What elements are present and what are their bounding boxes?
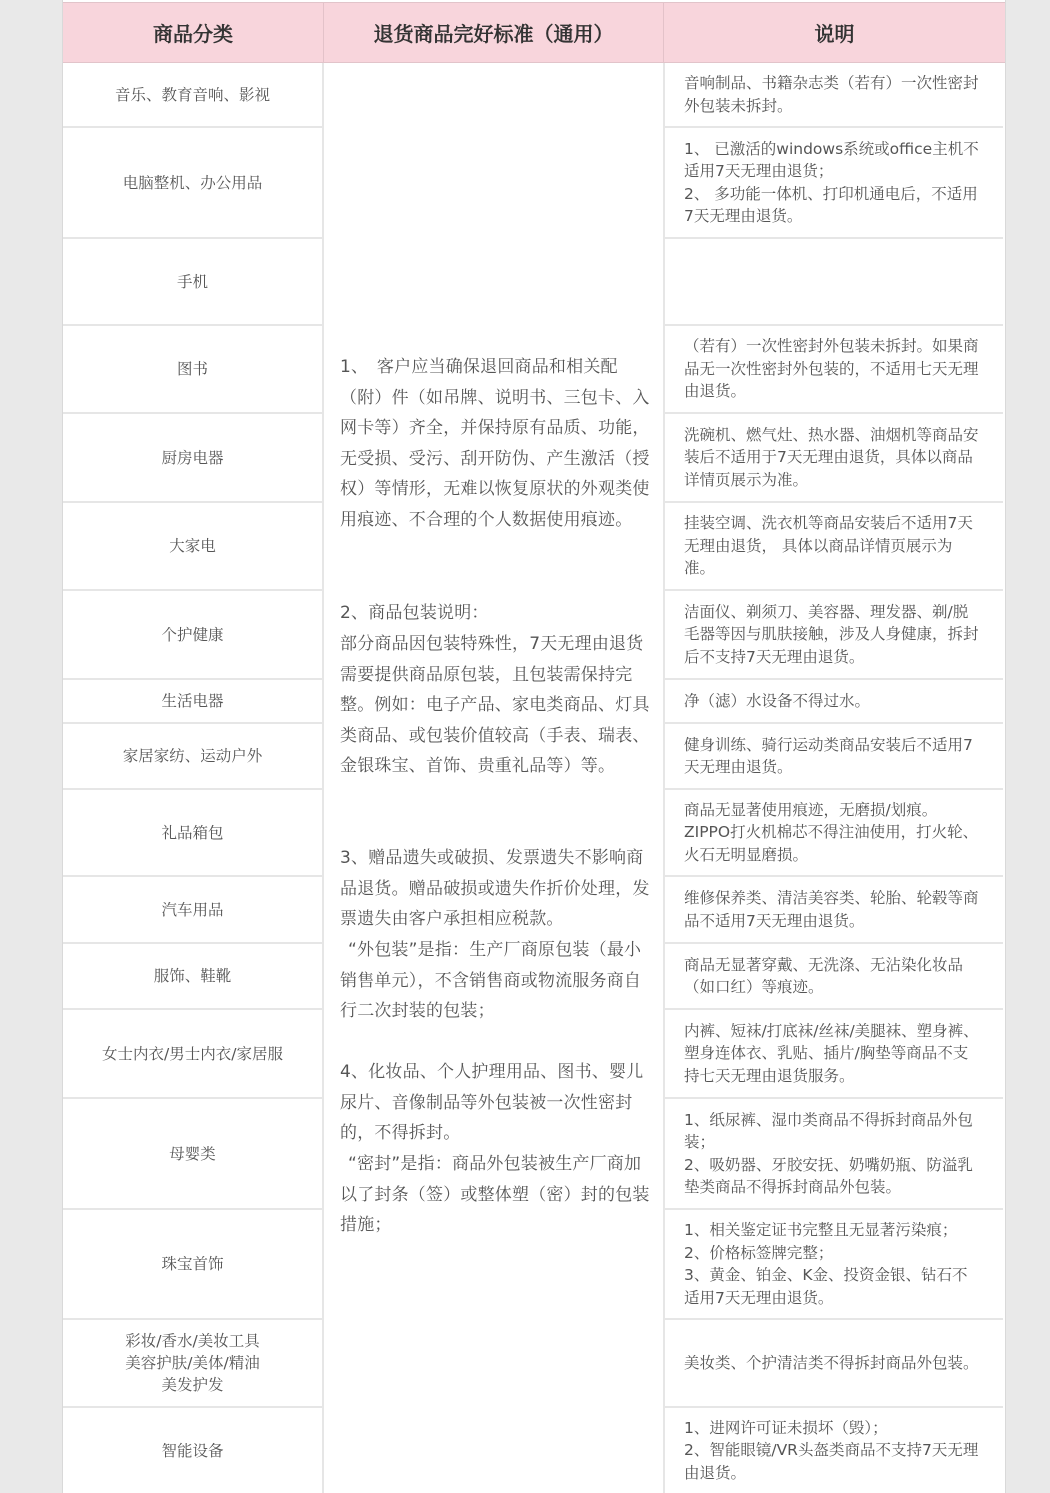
note-cell: 美妆类、个护清洁类不得拆封商品外包装。 [665,1320,1003,1408]
standard-item-4: 4、化妆品、个人护理用品、图书、婴儿尿片、音像制品等外包装被一次性密封的，不得拆… [340,1057,652,1149]
header-category: 商品分类 [63,3,324,62]
note-cell: 商品无显著使用痕迹，无磨损/划痕。ZIPPO打火机棉芯不得注油使用，打火轮、火石… [665,790,1003,877]
standard-item-2: 部分商品因包装特殊性，7天无理由退货需要提供商品原包装，且包装需保持完整。例如：… [340,629,652,782]
category-cell: 珠宝首饰 [63,1210,322,1320]
category-cell: 服饰、鞋靴 [63,944,322,1010]
note-cell: （若有）一次性密封外包装未拆封。如果商品无一次性密封外包装的，不适用七天无理由退… [665,326,1003,414]
standard-item-3: 3、赠品遗失或破损、发票遗失不影响商品退货。赠品破损或遗失作折价处理，发票遗失由… [340,843,652,935]
note-cell: 洗碗机、燃气灶、热水器、油烟机等商品安装后不适用于7天无理由退货，具体以商品详情… [665,414,1003,503]
note-cell [665,239,1003,326]
category-cell: 手机 [63,239,322,326]
return-policy-table: 商品分类 退货商品完好标准（通用） 说明 音乐、教育音响、影视 电脑整机、办公用… [62,0,1006,1493]
note-cell: 1、进网许可证未损坏（毁）； 2、智能眼镜/VR头盔类商品不支持7天无理由退货。 [665,1408,1003,1493]
category-cell: 大家电 [63,503,322,591]
category-cell: 音乐、教育音响、影视 [63,63,322,128]
header-notes: 说明 [664,3,1005,62]
note-cell: 健身训练、骑行运动类商品安装后不适用7天无理由退货。 [665,724,1003,790]
column-divider [322,63,324,1493]
category-cell: 生活电器 [63,680,322,724]
note-cell: 洁面仪、剃须刀、美容器、理发器、剃/脱毛器等因与肌肤接触，涉及人身健康，拆封后不… [665,591,1003,680]
category-cell: 彩妆/香水/美妆工具 美容护肤/美体/精油 美发护发 [63,1320,322,1408]
note-cell: 维修保养类、清洁美容类、轮胎、轮毂等商品不适用7天无理由退货。 [665,877,1003,944]
category-cell: 女士内衣/男士内衣/家居服 [63,1010,322,1099]
category-cell: 家居家纺、运动户外 [63,724,322,790]
note-cell: 净（滤）水设备不得过水。 [665,680,1003,724]
outer-packaging-definition: “外包装”是指：生产厂商原包装（最小销售单元），不含销售商或物流服务商自行二次封… [340,935,652,1027]
note-cell: 挂装空调、洗衣机等商品安装后不适用7天无理由退货， 具体以商品详情页展示为准。 [665,503,1003,591]
note-cell: 1、相关鉴定证书完整且无显著污染痕； 2、价格标签牌完整； 3、黄金、铂金、K金… [665,1210,1003,1320]
standard-item-2-title: 2、商品包装说明： [340,598,652,629]
category-cell: 电脑整机、办公用品 [63,128,322,239]
note-cell: 1、 已激活的windows系统或office主机不适用7天无理由退货； 2、 … [665,128,1003,239]
note-cell: 商品无显著穿戴、无洗涤、无沾染化妆品（如口红）等痕迹。 [665,944,1003,1010]
standard-item-1: 1、 客户应当确保退回商品和相关配（附）件（如吊牌、说明书、三包卡、入网卡等）齐… [340,352,652,536]
header-standard: 退货商品完好标准（通用） [324,3,664,62]
category-cell: 智能设备 [63,1408,322,1493]
category-cell: 母婴类 [63,1099,322,1210]
category-cell: 礼品箱包 [63,790,322,877]
sealed-definition: “密封”是指：商品外包装被生产厂商加以了封条（签）或整体塑（密）封的包装措施； [340,1149,652,1241]
category-cell: 汽车用品 [63,877,322,944]
category-cell: 个护健康 [63,591,322,680]
note-cell: 1、纸尿裤、湿巾类商品不得拆封商品外包装； 2、吸奶器、牙胶安抚、奶嘴奶瓶、防溢… [665,1099,1003,1210]
note-cell: 内裤、短袜/打底袜/丝袜/美腿袜、塑身裤、塑身连体衣、乳贴、插片/胸垫等商品不支… [665,1010,1003,1099]
category-cell: 图书 [63,326,322,414]
category-cell: 厨房电器 [63,414,322,503]
table-header: 商品分类 退货商品完好标准（通用） 说明 [63,2,1005,63]
note-cell: 音响制品、书籍杂志类（若有）一次性密封外包装未拆封。 [665,63,1003,128]
general-standard-cell: 1、 客户应当确保退回商品和相关配（附）件（如吊牌、说明书、三包卡、入网卡等）齐… [326,63,664,1493]
